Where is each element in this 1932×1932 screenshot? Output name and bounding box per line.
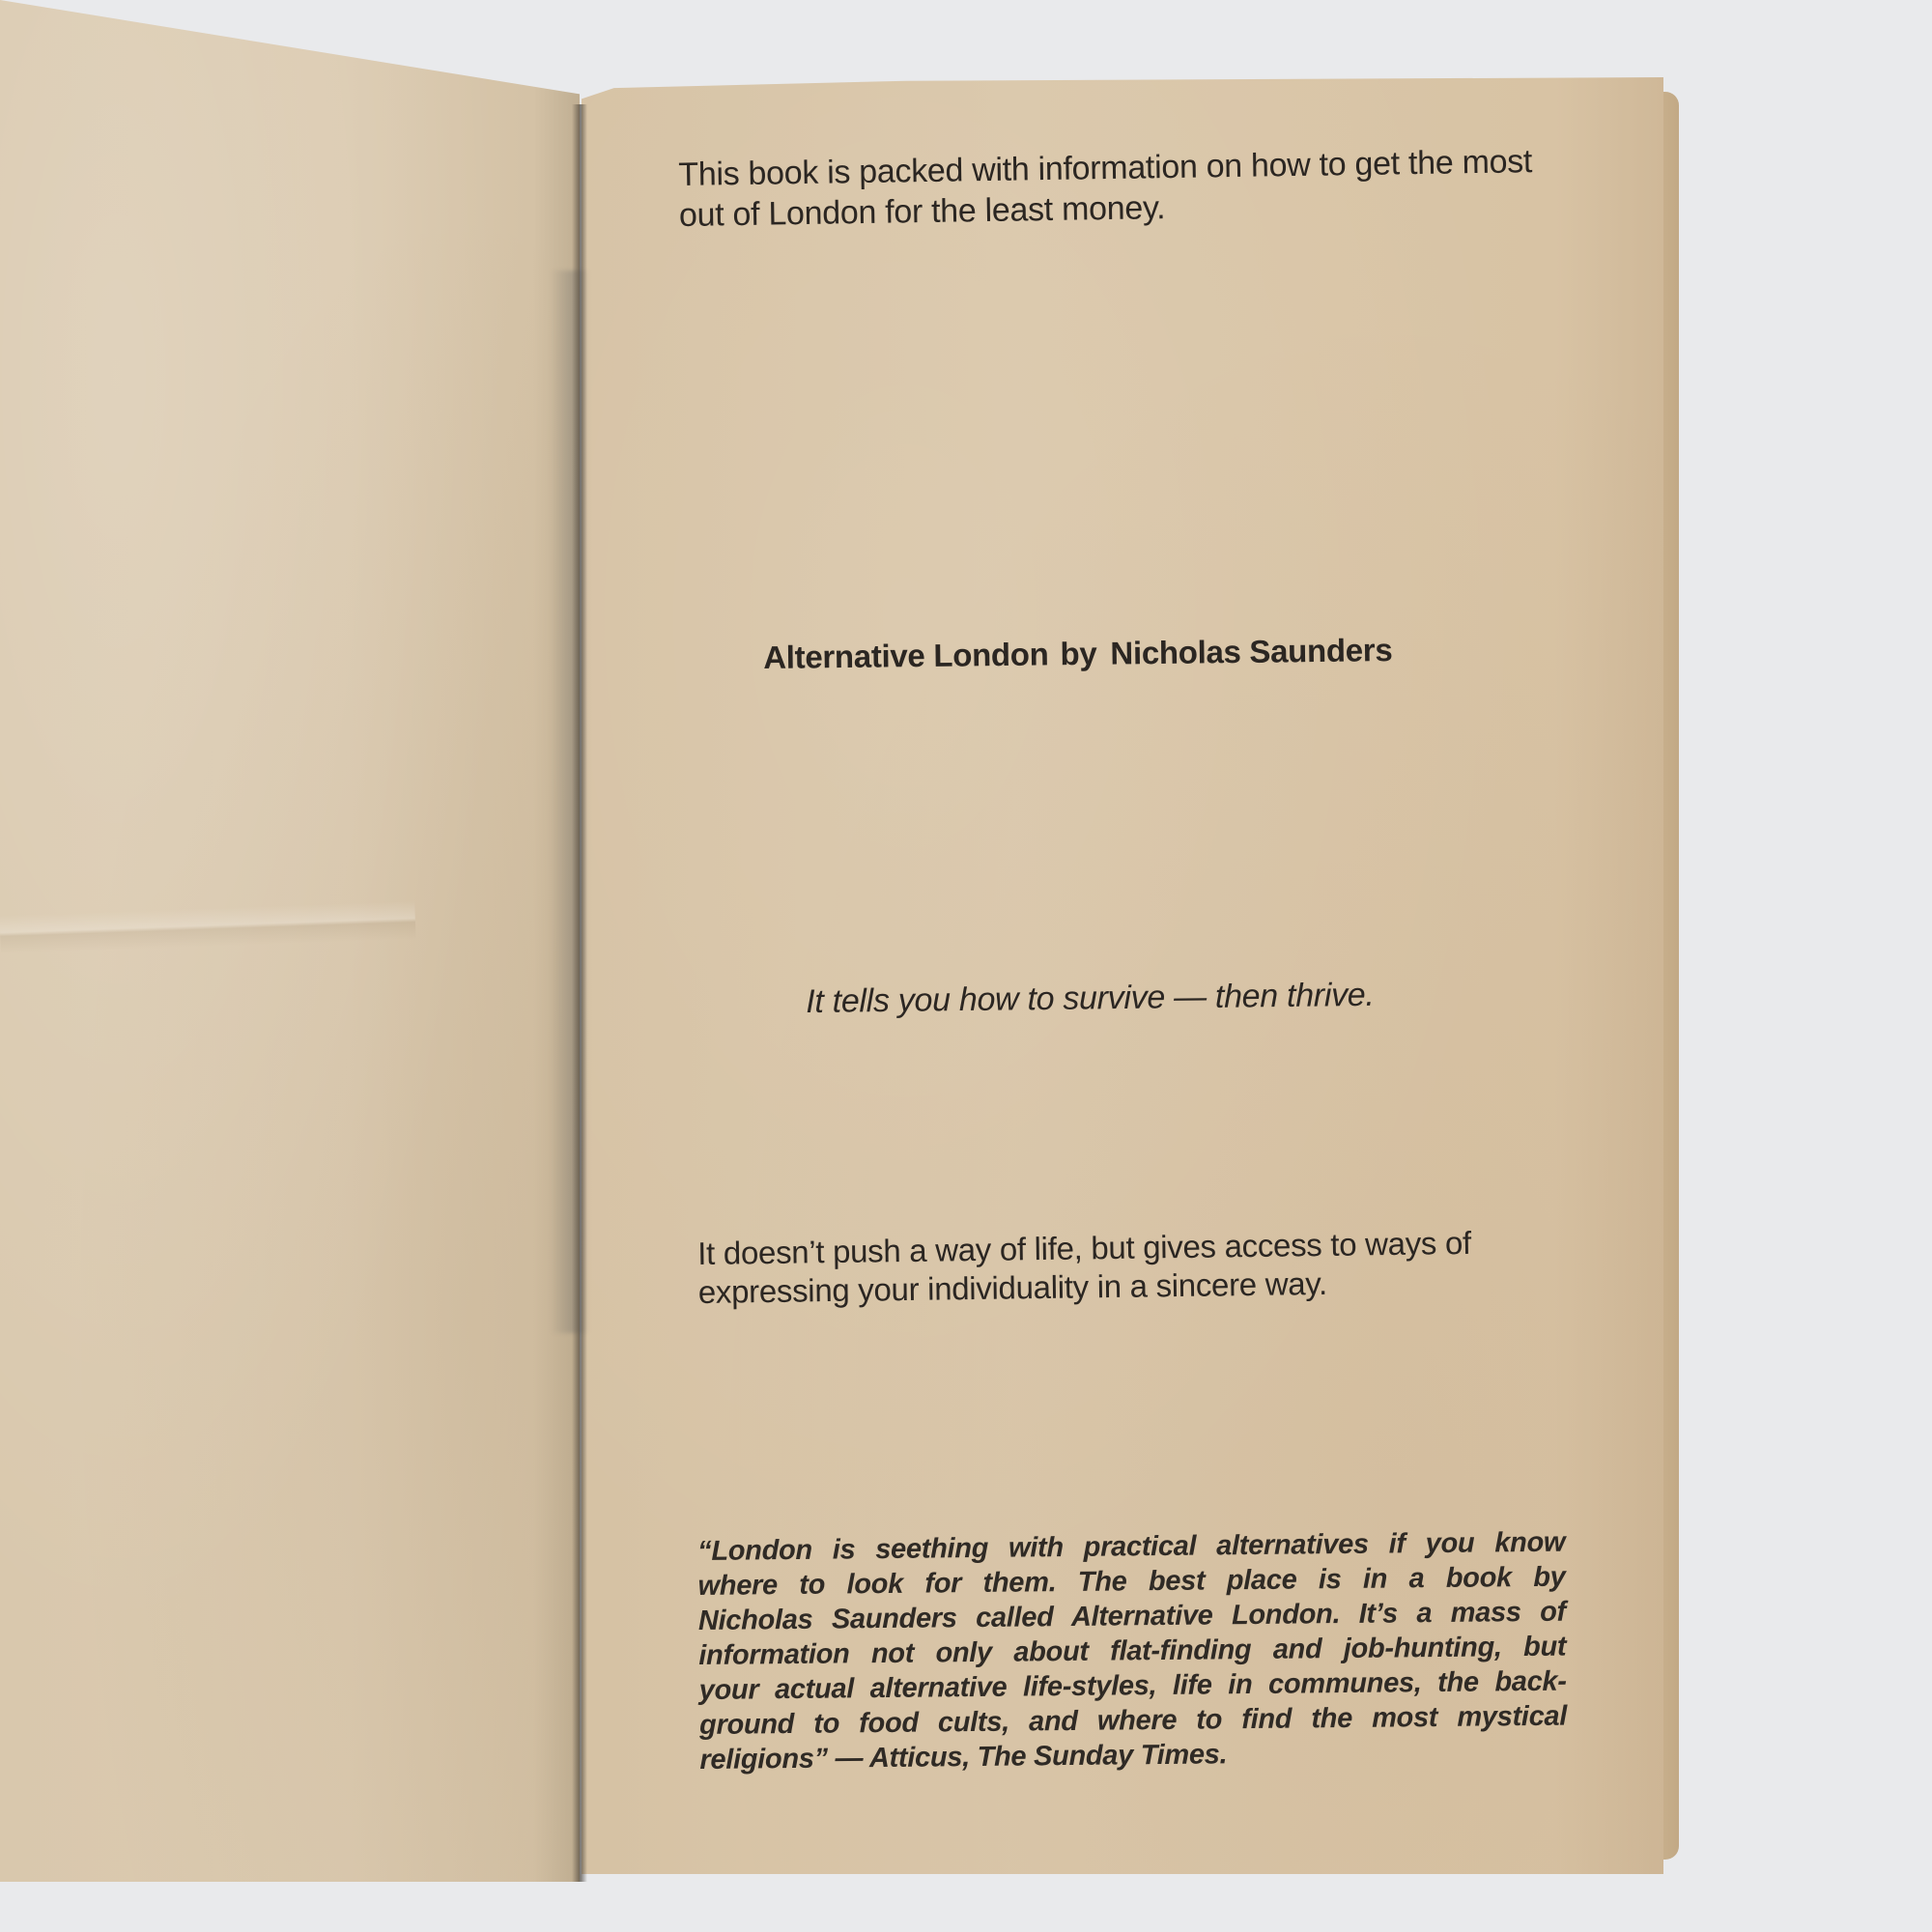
- paper-crease: [0, 901, 416, 954]
- author-name: Nicholas Saunders: [1110, 632, 1392, 671]
- press-quote: “London is seething with practical alter…: [697, 1525, 1568, 1777]
- intro-text: This book is packed with information on …: [678, 141, 1568, 236]
- description-text: It doesn’t push a way of life, but gives…: [697, 1222, 1587, 1312]
- photo-scene: This book is packed with information on …: [0, 0, 1932, 1932]
- inside-cover-page: [0, 0, 580, 1882]
- book-title: Alternative London: [763, 636, 1049, 675]
- book-spine-gutter: [572, 104, 587, 1882]
- by-word: by: [1060, 636, 1096, 671]
